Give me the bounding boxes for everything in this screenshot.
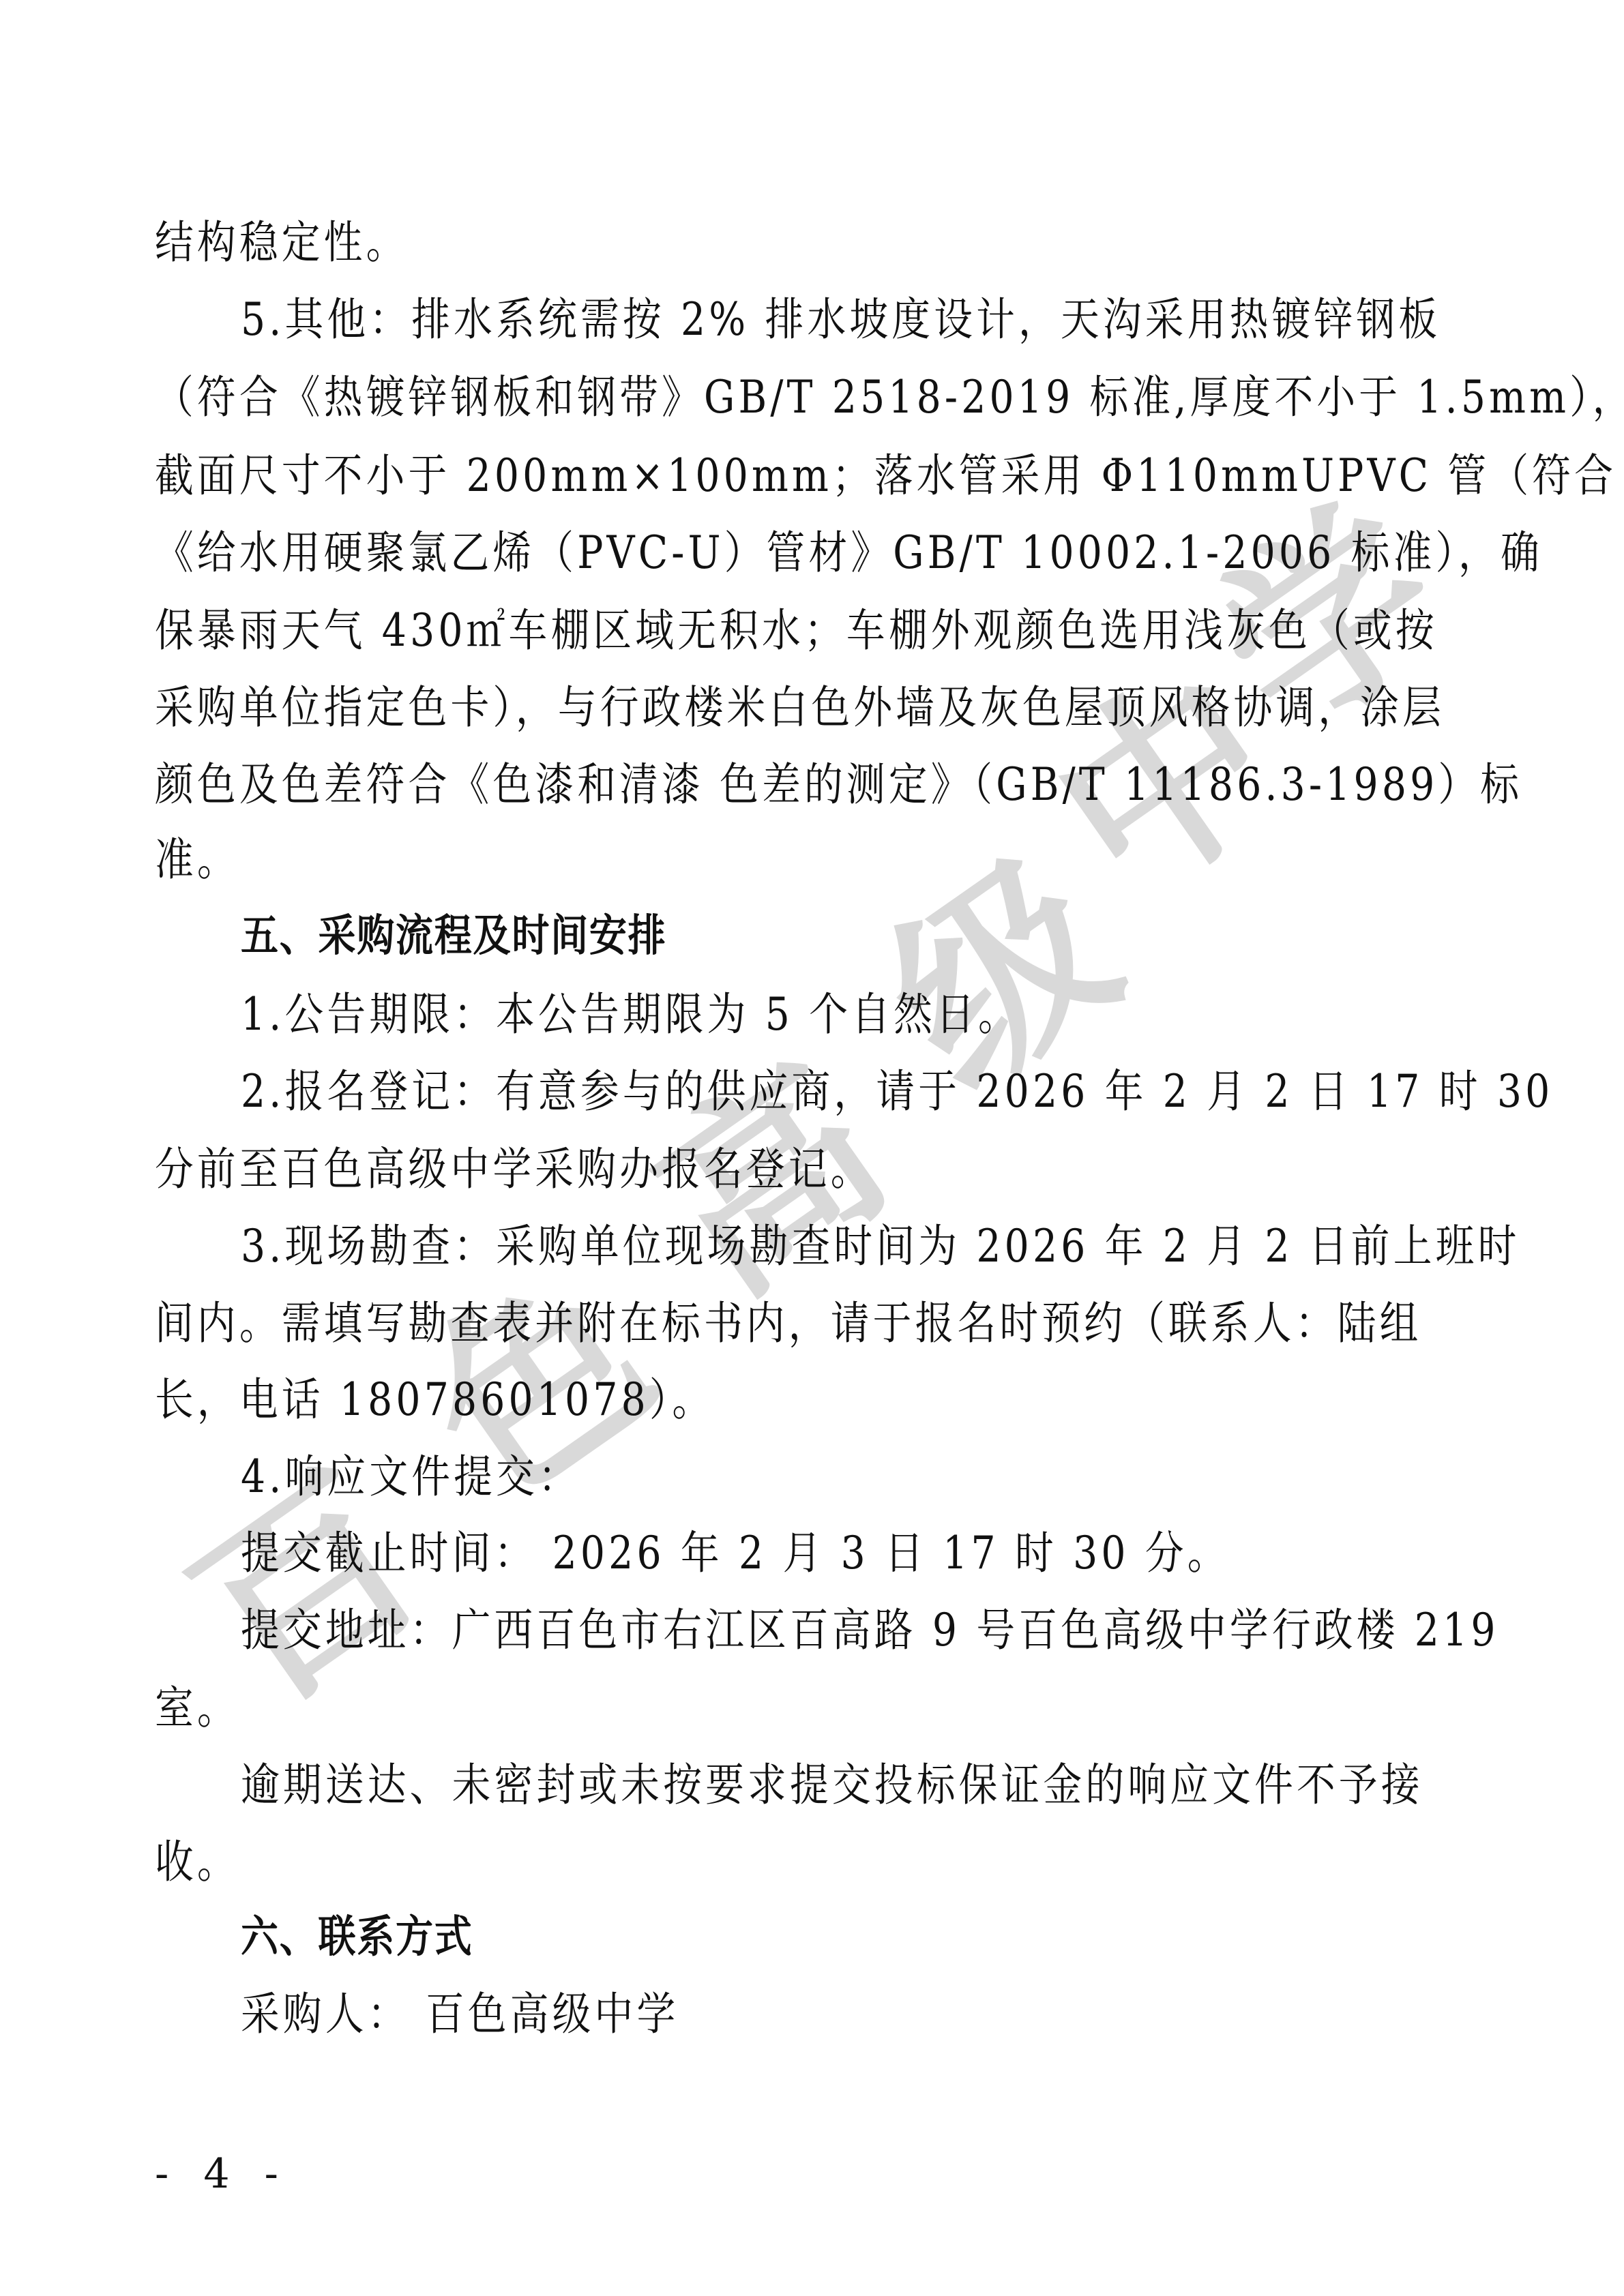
paragraph-line: 2.报名登记：有意参与的供应商，请于 2026 年 2 月 2 日 17 时 3… xyxy=(241,1054,1387,1130)
paragraph-line: 室。 xyxy=(155,1670,1301,1746)
paragraph-line: 长，电话 18078601078）。 xyxy=(155,1362,1301,1438)
section-heading-contact: 六、联系方式 xyxy=(241,1899,1387,1976)
paragraph-line: 提交地址：广西百色市右江区百高路 9 号百色高级中学行政楼 219 xyxy=(241,1592,1387,1669)
paragraph-line: 结构稳定性。 xyxy=(155,205,1301,281)
paragraph-line: 保暴雨天气 430㎡车棚区域无积水；车棚外观颜色选用浅灰色（或按 xyxy=(155,593,1301,669)
paragraph-line: 颜色及色差符合《色漆和清漆 色差的测定》（GB/T 11186.3-1989）标 xyxy=(155,747,1301,823)
paragraph-line: 逾期送达、未密封或未按要求提交投标保证金的响应文件不予接 xyxy=(241,1747,1387,1823)
paragraph-line: 采购人： 百色高级中学 xyxy=(241,1976,1387,2053)
paragraph-line: 收。 xyxy=(155,1824,1301,1900)
paragraph-line: 分前至百色高级中学采购办报名登记。 xyxy=(155,1131,1301,1208)
paragraph-line: 间内。需填写勘查表并附在标书内，请于报名时预约（联系人：陆组 xyxy=(155,1285,1301,1362)
paragraph-line: 采购单位指定色卡），与行政楼米白色外墙及灰色屋顶风格协调，涂层 xyxy=(155,670,1301,746)
page-number: - 4 - xyxy=(155,2148,289,2200)
paragraph-line: 4.响应文件提交： xyxy=(241,1439,1387,1515)
paragraph-line: （符合《热镀锌钢板和钢带》GB/T 2518-2019 标准,厚度不小于 1.5… xyxy=(155,359,1301,436)
paragraph-line: 《给水用硬聚氯乙烯（PVC-U）管材》GB/T 10002.1-2006 标准）… xyxy=(155,515,1301,591)
paragraph-line: 5.其他：排水系统需按 2% 排水坡度设计，天沟采用热镀锌钢板 xyxy=(241,282,1387,358)
paragraph-line: 3.现场勘查：采购单位现场勘查时间为 2026 年 2 月 2 日前上班时 xyxy=(241,1208,1387,1285)
paragraph-line: 提交截止时间： 2026 年 2 月 3 日 17 时 30 分。 xyxy=(241,1515,1387,1592)
paragraph-line: 准。 xyxy=(155,822,1301,898)
paragraph-line: 截面尺寸不小于 200mm×100mm；落水管采用 Φ110mmUPVC 管（符… xyxy=(155,438,1301,514)
paragraph-line: 1.公告期限：本公告期限为 5 个自然日。 xyxy=(241,976,1387,1053)
section-heading-procurement-process: 五、采购流程及时间安排 xyxy=(241,898,1387,974)
